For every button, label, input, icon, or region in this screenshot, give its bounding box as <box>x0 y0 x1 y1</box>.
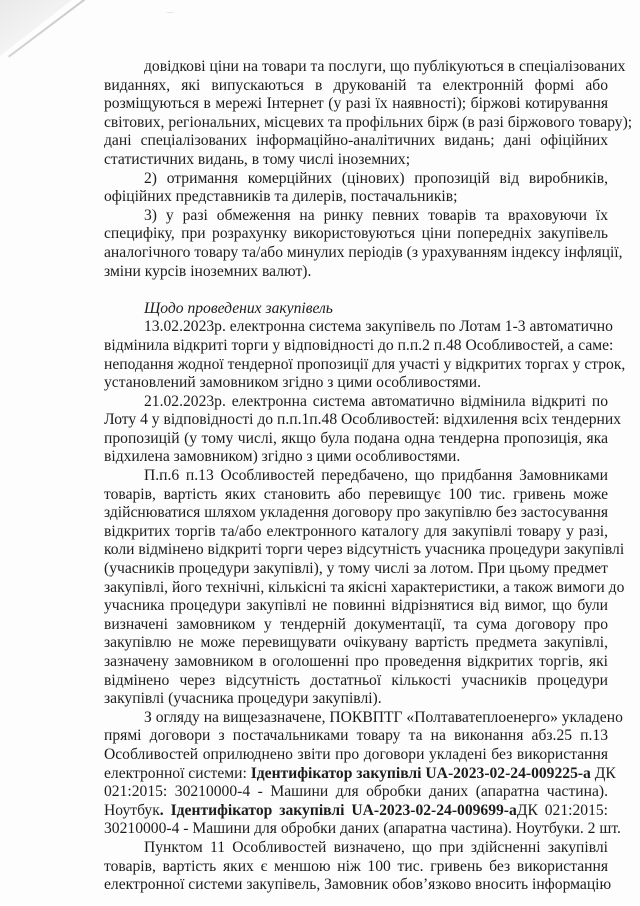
text-line: 21.02.2023р. електронна система автомати… <box>104 393 608 412</box>
text-line: аналогічного товару та/або минулих періо… <box>104 244 608 263</box>
text-line: дані спеціалізованих інформаційно-аналіт… <box>104 132 608 151</box>
text-line: визначені замовником у тендерній докумен… <box>104 616 608 635</box>
faint-stamp-mark: ⁓ <box>166 8 202 24</box>
blank-line <box>104 281 608 300</box>
text-line: установлений замовником згідно з цими ос… <box>104 374 608 393</box>
text-line: розміщуються в мережі Інтернет (у разі ї… <box>104 95 608 114</box>
text-line: здійснюватися шляхом укладення договору … <box>104 504 608 523</box>
document-body: довідкові ціни на товари та послуги, що … <box>104 58 608 895</box>
text-line: офіційних представників та дилерів, пост… <box>104 188 608 207</box>
text-line: Особливостей оприлюднено звіти про догов… <box>104 746 608 765</box>
text-line: закупівлю не може перевищувати очікувану… <box>104 634 608 653</box>
text-line: учасника процедури закупівлі не повинні … <box>104 597 608 616</box>
text-line: закупівлі, його технічні, кількісні та я… <box>104 579 608 598</box>
text-line: Щодо проведених закупівель <box>104 300 608 319</box>
text-line: світових, регіональних, місцевих та проф… <box>104 114 608 133</box>
text-line: Ноутбук. Ідентифікатор закупівлі UA-2023… <box>104 802 608 821</box>
text-line: зазначену замовником в оголошенні про пр… <box>104 653 608 672</box>
text-line: специфіку, при розрахунку використовують… <box>104 225 608 244</box>
text-line: коли відмінено відкриті торги через відс… <box>104 541 608 560</box>
text-line: 3) у разі обмеження на ринку певних това… <box>104 207 608 226</box>
text-line: 2) отримання комерційних (цінових) пропо… <box>104 170 608 189</box>
text-line: П.п.6 п.13 Особливостей передбачено, що … <box>104 467 608 486</box>
text-line: виданнях, які випускаються в друкованій … <box>104 77 608 96</box>
text-line: статистичних видань, в тому числі інозем… <box>104 151 608 170</box>
text-line: зміни курсів іноземних валют). <box>104 263 608 282</box>
text-line: товарів, вартість яких є меншою ніж 100 … <box>104 858 608 877</box>
text-line: закупівлі (учасника процедури закупівлі)… <box>104 690 608 709</box>
text-segment: електронної системи: <box>104 765 251 782</box>
text-line: пропозицій (у тому числі, якщо була пода… <box>104 430 608 449</box>
text-line: прямі договори з постачальниками товару … <box>104 727 608 746</box>
scanned-page: ⁓ довідкові ціни на товари та послуги, щ… <box>0 0 640 906</box>
text-segment: ДК 021:2015: <box>517 802 608 819</box>
text-line: неподання жодної тендерної пропозиції дл… <box>104 356 608 375</box>
text-segment: ДК <box>591 765 616 782</box>
text-line: довідкові ціни на товари та послуги, що … <box>104 58 608 77</box>
text-line: електронної системи: Ідентифікатор закуп… <box>104 765 608 784</box>
procurement-identifier: Ідентифікатор закупівлі UA-2023-02-24-00… <box>251 765 591 782</box>
text-line: товарів, вартість яких становить або пер… <box>104 486 608 505</box>
text-line: електронної системи закупівель, Замовник… <box>104 876 608 895</box>
text-line: відмінено через відсутність достатньої к… <box>104 672 608 691</box>
text-line: Пунктом 11 Особливостей визначено, що пр… <box>104 839 608 858</box>
procurement-identifier: . Ідентифікатор закупівлі UA-2023-02-24-… <box>160 802 517 819</box>
text-line: 021:2015: 30210000-4 - Машини для обробк… <box>104 783 608 802</box>
text-line: відмінила відкриті торги у відповідності… <box>104 337 608 356</box>
text-line: (учасників процедури закупівлі), у тому … <box>104 560 608 579</box>
text-line: Лоту 4 у відповідності до п.п.1п.48 Особ… <box>104 411 608 430</box>
text-line: З огляду на вищезазначене, ПОКВПТГ «Полт… <box>104 709 608 728</box>
text-line: 30210000-4 - Машини для обробки даних (а… <box>104 820 608 839</box>
text-segment: Ноутбук <box>104 802 160 819</box>
text-line: відхилена замовником) згідно з цими особ… <box>104 448 608 467</box>
text-line: відкритих торгів та/або електронного кат… <box>104 523 608 542</box>
text-line: 13.02.2023р. електронна система закупіве… <box>104 318 608 337</box>
